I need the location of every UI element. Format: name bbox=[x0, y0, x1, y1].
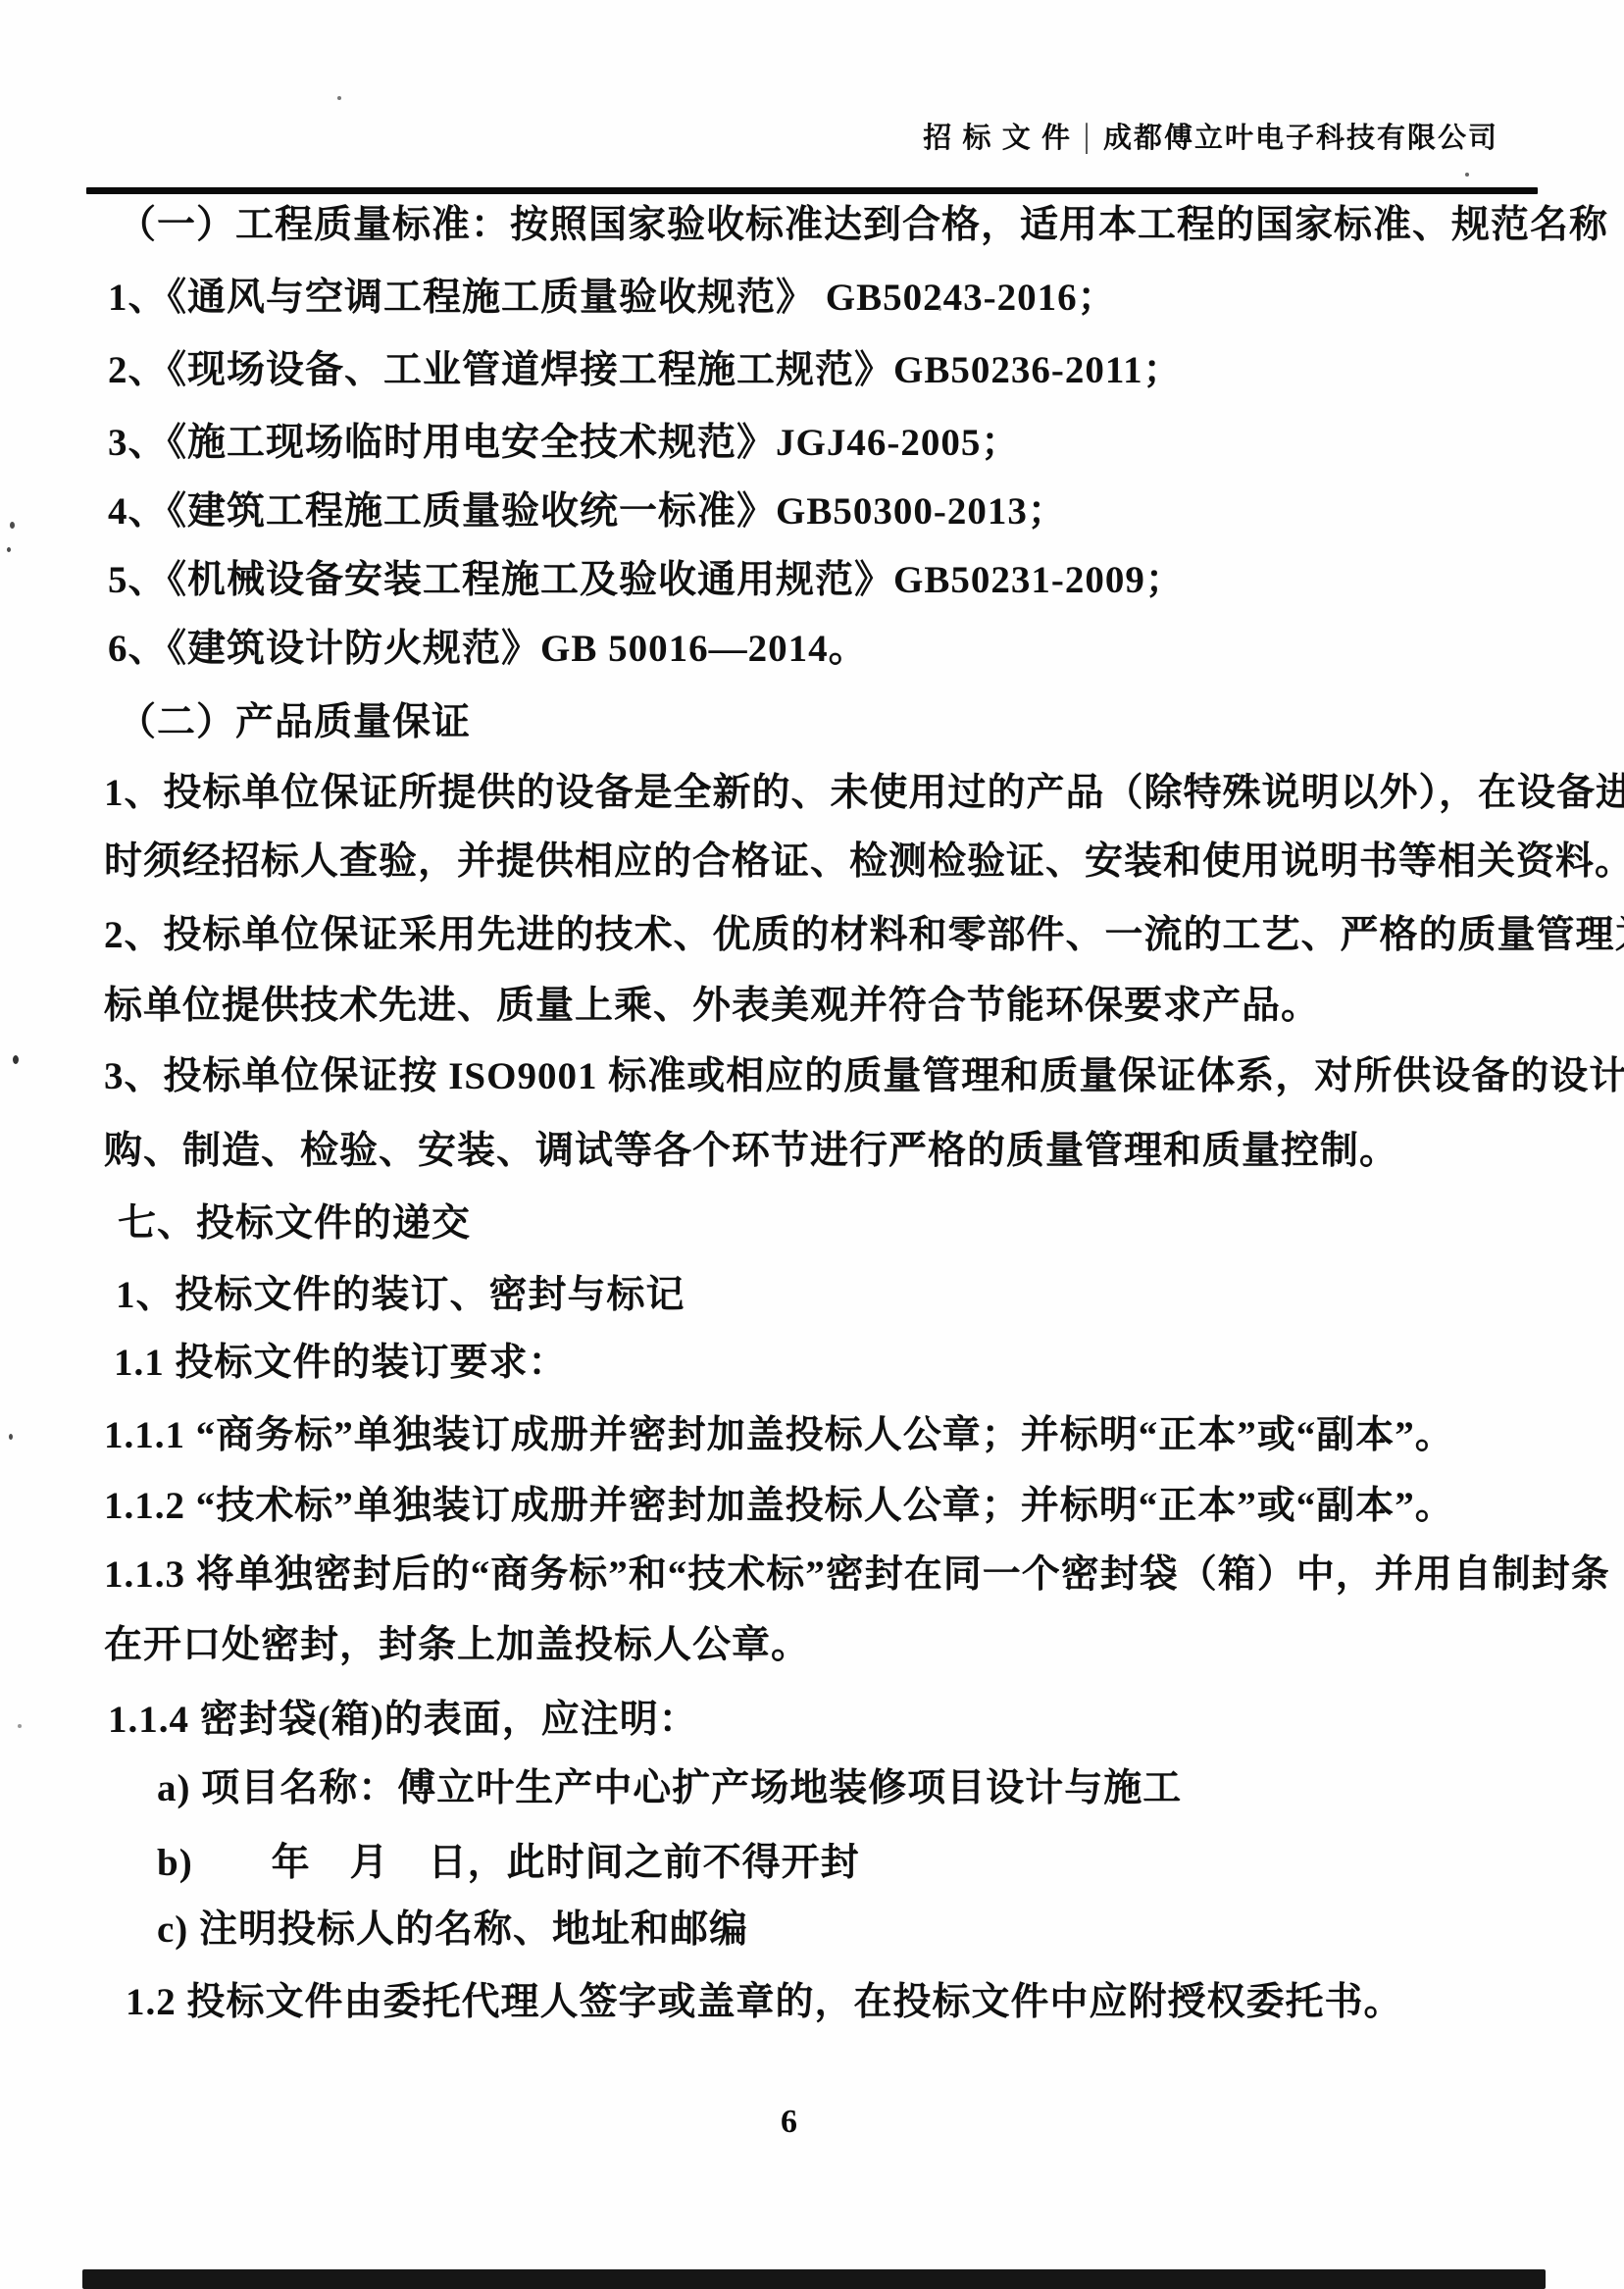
scan-speck bbox=[13, 1055, 19, 1064]
header-company: 成都傅立叶电子科技有限公司 bbox=[1103, 116, 1498, 156]
item-1-1-4: 1.1.4 密封袋(箱)的表面，应注明： bbox=[108, 1697, 698, 1745]
page-number: 6 bbox=[781, 2104, 797, 2141]
standard-item-4: 4、《建筑工程施工质量验收统一标准》GB50300-2013； bbox=[108, 488, 1067, 536]
item-a-project-name: a) 项目名称：傅立叶生产中心扩产场地装修项目设计与施工 bbox=[157, 1765, 1182, 1813]
standard-item-1: 1、《通风与空调工程施工质量验收规范》 GB50243-2016； bbox=[108, 275, 1117, 323]
item-1-1-3b: 在开口处密封，封条上加盖投标人公章。 bbox=[104, 1622, 810, 1670]
para-guarantee-2b: 标单位提供技术先进、质量上乘、外表美观并符合节能环保要求产品。 bbox=[104, 983, 1320, 1031]
scan-speck bbox=[9, 1434, 13, 1440]
para-guarantee-1a: 1、投标单位保证所提供的设备是全新的、未使用过的产品（除特殊说明以外），在设备进… bbox=[104, 770, 1624, 818]
scan-speck bbox=[18, 1724, 22, 1728]
heading-bid-submission: 七、投标文件的递交 bbox=[118, 1200, 471, 1248]
item-1-2-authorization: 1.2 投标文件由委托代理人签字或盖章的，在投标文件中应附授权委托书。 bbox=[126, 1979, 1403, 2027]
standard-item-2: 2、《现场设备、工业管道焊接工程施工规范》GB50236-2011； bbox=[108, 347, 1183, 395]
item-b-date: b) 年 月 日，此时间之前不得开封 bbox=[157, 1840, 860, 1888]
item-1-1-1: 1.1.1 “商务标”单独装订成册并密封加盖投标人公章；并标明“正本”或“副本”… bbox=[104, 1412, 1454, 1460]
header-rule bbox=[86, 187, 1538, 194]
para-guarantee-3b: 购、制造、检验、安装、调试等各个环节进行严格的质量管理和质量控制。 bbox=[104, 1128, 1398, 1176]
para-guarantee-3a: 3、投标单位保证按 ISO9001 标准或相应的质量管理和质量保证体系，对所供设… bbox=[104, 1053, 1624, 1101]
scan-speck bbox=[939, 308, 941, 311]
standard-item-6: 6、《建筑设计防火规范》GB 50016—2014。 bbox=[108, 626, 868, 674]
scan-speck bbox=[7, 547, 11, 552]
document-page: 招 标 文 件 | 成都傅立叶电子科技有限公司 （一）工程质量标准：按照国家验收… bbox=[0, 0, 1624, 2289]
page-header: 招 标 文 件 | 成都傅立叶电子科技有限公司 bbox=[923, 116, 1498, 156]
standard-item-5: 5、《机械设备安装工程施工及验收通用规范》GB50231-2009； bbox=[108, 557, 1185, 605]
item-1-1-3a: 1.1.3 将单独密封后的“商务标”和“技术标”密封在同一个密封袋（箱）中，并用… bbox=[104, 1551, 1610, 1600]
header-separator-bar: | bbox=[1084, 117, 1091, 155]
heading-product-quality: （二）产品质量保证 bbox=[118, 699, 471, 747]
para-guarantee-1b: 时须经招标人查验，并提供相应的合格证、检测检验证、安装和使用说明书等相关资料。 bbox=[104, 839, 1624, 887]
header-doc-type: 招 标 文 件 bbox=[923, 116, 1072, 156]
item-c-bidder-info: c) 注明投标人的名称、地址和邮编 bbox=[157, 1907, 748, 1955]
item-binding-requirements: 1.1 投标文件的装订要求： bbox=[114, 1340, 568, 1388]
item-1-1-2: 1.1.2 “技术标”单独装订成册并密封加盖投标人公章；并标明“正本”或“副本”… bbox=[104, 1483, 1454, 1531]
heading-quality-standard: （一）工程质量标准：按照国家验收标准达到合格，适用本工程的国家标准、规范名称 bbox=[118, 202, 1608, 250]
standard-item-3: 3、《施工现场临时用电安全技术规范》JGJ46-2005； bbox=[108, 420, 1020, 468]
scan-speck bbox=[10, 522, 15, 529]
scan-edge-bar bbox=[82, 2269, 1546, 2289]
para-guarantee-2a: 2、投标单位保证采用先进的技术、优质的材料和零部件、一流的工艺、严格的质量管理为… bbox=[104, 912, 1624, 960]
scan-speck bbox=[1465, 173, 1469, 177]
scan-speck bbox=[337, 96, 341, 100]
item-binding-sealing-marking: 1、投标文件的装订、密封与标记 bbox=[116, 1272, 685, 1320]
